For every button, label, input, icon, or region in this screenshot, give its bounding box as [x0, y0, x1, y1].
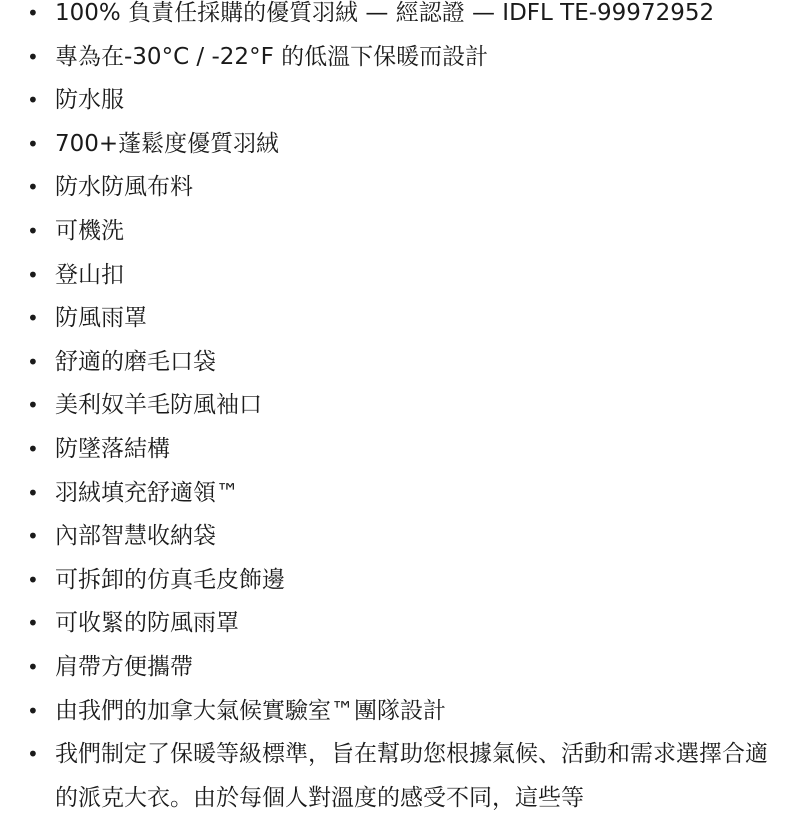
list-item: • 可機洗: [0, 210, 800, 254]
list-item-text: 由我們的加拿大氣候實驗室™團隊設計: [55, 690, 780, 734]
list-item-text: 防墜落結構: [55, 428, 780, 472]
bullet-icon: •: [27, 646, 39, 690]
list-item-text: 防水防風布料: [55, 166, 780, 210]
bullet-icon: •: [27, 166, 39, 210]
list-item: • 舒適的磨毛口袋: [0, 341, 800, 385]
bullet-icon: •: [27, 297, 39, 341]
list-item: • 防墜落結構: [0, 428, 800, 472]
list-item-text: 登山扣: [55, 254, 780, 298]
bullet-icon: •: [27, 602, 39, 646]
list-item: • 美利奴羊毛防風袖口: [0, 384, 800, 428]
bullet-icon: •: [27, 79, 39, 123]
list-item-warmth-rating: • 我們制定了保暖等級標準，旨在幫助您根據氣候、活動和需求選擇合適的派克大衣。由…: [0, 733, 800, 800]
list-item-text: 內部智慧收納袋: [55, 515, 780, 559]
bullet-icon: •: [27, 428, 39, 472]
list-item: • 登山扣: [0, 254, 800, 298]
list-item-text: 可機洗: [55, 210, 780, 254]
list-item-text: 我們制定了保暖等級標準，旨在幫助您根據氣候、活動和需求選擇合適的派克大衣。由於每…: [55, 733, 780, 800]
bullet-icon: •: [27, 254, 39, 298]
feature-list: • 100% 負責任採購的優質羽絨 — 經認證 — IDFL TE-999729…: [0, 0, 800, 800]
list-item: • 肩帶方便攜帶: [0, 646, 800, 690]
list-item-text: 防水服: [55, 79, 780, 123]
bullet-icon: •: [27, 733, 39, 777]
list-item-text: 可拆卸的仿真毛皮飾邊: [55, 559, 780, 603]
bullet-icon: •: [27, 123, 39, 167]
list-item-text: 專為在-30°C / -22°F 的低溫下保暖而設計: [55, 36, 780, 80]
list-item: • 700+蓬鬆度優質羽絨: [0, 123, 800, 167]
bullet-icon: •: [27, 690, 39, 734]
bullet-icon: •: [27, 341, 39, 385]
list-item-text: 700+蓬鬆度優質羽絨: [55, 123, 780, 167]
list-item: • 防風雨罩: [0, 297, 800, 341]
list-item: • 可收緊的防風雨罩: [0, 602, 800, 646]
list-item: • 由我們的加拿大氣候實驗室™團隊設計: [0, 690, 800, 734]
list-item: • 羽絨填充舒適領™: [0, 472, 800, 516]
list-item-text: 可收緊的防風雨罩: [55, 602, 780, 646]
list-item-text: 羽絨填充舒適領™: [55, 472, 780, 516]
list-item-text: 肩帶方便攜帶: [55, 646, 780, 690]
bullet-icon: •: [27, 384, 39, 428]
bullet-icon: •: [27, 210, 39, 254]
bullet-icon: •: [27, 559, 39, 603]
list-item: • 可拆卸的仿真毛皮飾邊: [0, 559, 800, 603]
list-item-text: 防風雨罩: [55, 297, 780, 341]
list-item: • 內部智慧收納袋: [0, 515, 800, 559]
list-item-text: 舒適的磨毛口袋: [55, 341, 780, 385]
bullet-icon: •: [27, 36, 39, 80]
list-item: • 專為在-30°C / -22°F 的低溫下保暖而設計: [0, 36, 800, 80]
bullet-icon: •: [27, 515, 39, 559]
bullet-icon: •: [27, 0, 39, 36]
bullet-icon: •: [27, 472, 39, 516]
list-item-text: 100% 負責任採購的優質羽絨 — 經認證 — IDFL TE-99972952: [55, 0, 780, 36]
list-item: • 100% 負責任採購的優質羽絨 — 經認證 — IDFL TE-999729…: [0, 0, 800, 36]
list-item: • 防水防風布料: [0, 166, 800, 210]
list-item: • 防水服: [0, 79, 800, 123]
list-item-text: 美利奴羊毛防風袖口: [55, 384, 780, 428]
